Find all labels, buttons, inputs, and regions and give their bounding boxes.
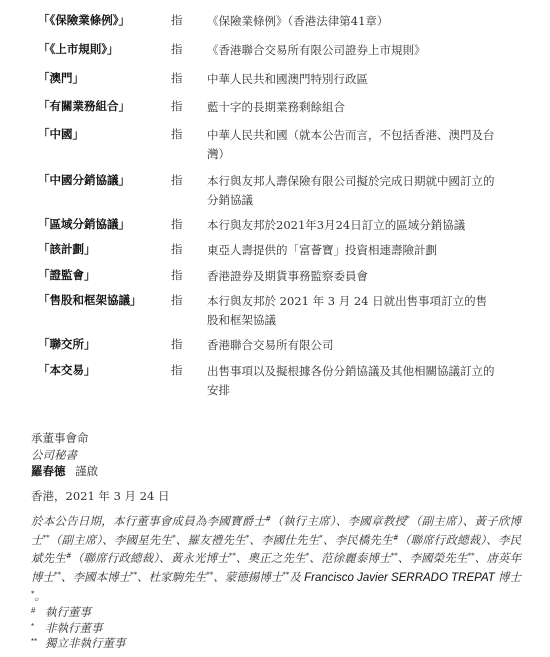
legend-symbol: *	[31, 619, 34, 635]
signature-closing: 謹啟	[75, 464, 98, 478]
director-mark: **	[130, 571, 137, 579]
definition-text: 香港聯合交易所有限公司	[207, 336, 497, 355]
director-mark: **	[43, 534, 50, 542]
definition-text: 《保險業條例》（香港法律第41章）	[207, 12, 497, 31]
legend-text: 執行董事	[45, 605, 91, 621]
definition-text: 本行與友邦於 2021 年 3 月 24 日就出售事項訂立的售股和框架協議	[207, 292, 497, 330]
definition-text: 中華人民共和國澳門特別行政區	[207, 70, 497, 89]
board-member: 杜家駒先生**	[149, 570, 214, 584]
director-mark: *	[246, 534, 250, 542]
director-mark: #	[265, 515, 271, 523]
definition-means: 指	[171, 98, 183, 114]
signature-title: 公司秘書	[31, 447, 98, 464]
board-member: 李國章教授*（副主席）	[348, 514, 463, 528]
definition-text: 香港證券及期貨事務監察委員會	[207, 267, 497, 286]
definition-term: 「《保險業條例》」	[38, 12, 130, 28]
director-mark: #	[393, 534, 399, 542]
board-member: 李國本博士**	[73, 570, 138, 584]
definition-means: 指	[171, 126, 183, 142]
board-member: 李民橋先生#（聯席行政總裁）	[335, 533, 487, 547]
definition-term: 「區域分銷協議」	[38, 216, 130, 232]
board-member: 羅友禮先生*	[188, 533, 250, 547]
definition-term: 「中國」	[38, 126, 84, 142]
director-mark: **	[282, 571, 289, 579]
definition-means: 指	[171, 70, 183, 86]
board-member: 李國仕先生*	[261, 533, 323, 547]
definition-text: 出售事項以及擬根據各份分銷協議及其他相關協議訂立的安排	[207, 362, 497, 400]
legend-text: 獨立非執行董事	[45, 636, 126, 652]
definition-means: 指	[171, 216, 183, 232]
definition-means: 指	[171, 336, 183, 352]
legend-symbol: **	[31, 634, 37, 650]
definition-means: 指	[171, 362, 183, 378]
definition-text: 藍十字的長期業務剩餘組合	[207, 98, 497, 117]
definition-term: 「澳門」	[38, 70, 84, 86]
definition-text: 本行與友邦於2021年3月24日訂立的區域分銷協議	[207, 216, 497, 235]
legend-text: 非執行董事	[45, 621, 103, 637]
definition-means: 指	[171, 172, 183, 188]
board-intro: 於本公告日期，本行董事會成員為	[31, 514, 207, 528]
definition-text: 中華人民共和國（就本公告而言，不包括香港、澳門及台灣）	[207, 126, 497, 164]
date-line: 香港，2021 年 3 月 24 日	[31, 488, 170, 504]
definition-term: 「本交易」	[38, 362, 96, 378]
definition-means: 指	[171, 41, 183, 57]
definition-means: 指	[171, 267, 183, 283]
board-member: 黃永光博士**	[171, 551, 236, 565]
board-member: 李國寶爵士#（執行主席）	[207, 514, 336, 528]
director-mark: *	[406, 515, 410, 523]
director-mark: **	[229, 552, 236, 560]
definition-means: 指	[171, 292, 183, 308]
board-member: 李國星先生*	[114, 533, 176, 547]
definition-term: 「證監會」	[38, 267, 96, 283]
definition-term: 「中國分銷協議」	[38, 172, 130, 188]
board-members-paragraph: 於本公告日期，本行董事會成員為李國寶爵士#（執行主席）、李國章教授*（副主席）、…	[31, 512, 521, 606]
definition-term: 「《上市規則》」	[38, 41, 119, 57]
definition-term: 「有關業務組合」	[38, 98, 130, 114]
definition-text: 東亞人壽提供的「富薈寶」投資相連壽險計劃	[207, 241, 497, 260]
director-mark: *	[306, 552, 310, 560]
definition-term: 「聯交所」	[38, 336, 96, 352]
board-member: 奧正之先生*	[248, 551, 310, 565]
board-member: 蒙德揚博士**	[225, 570, 290, 584]
director-mark: *	[172, 534, 176, 542]
director-mark: #	[66, 552, 72, 560]
definition-text: 《香港聯合交易所有限公司證券上市規則》	[207, 41, 497, 60]
definition-means: 指	[171, 12, 183, 28]
director-mark: *	[319, 534, 323, 542]
definition-text: 本行與友邦人壽保險有限公司擬於完成日期就中國訂立的分銷協議	[207, 172, 497, 210]
director-mark: **	[391, 552, 398, 560]
signatory-name: 羅春德	[31, 464, 66, 478]
definition-means: 指	[171, 241, 183, 257]
director-mark: *	[31, 590, 35, 598]
legend-symbol: #	[31, 603, 35, 619]
director-mark: **	[468, 552, 475, 560]
definition-term: 「售股和框架協議」	[38, 292, 142, 308]
board-member: 李國榮先生**	[409, 551, 474, 565]
board-member: 范徐麗泰博士**	[321, 551, 398, 565]
definition-term: 「該計劃」	[38, 241, 96, 257]
signature-block: 承董事會命 公司秘書 羅春德 謹啟	[31, 430, 98, 480]
director-mark: **	[206, 571, 213, 579]
signature-line: 承董事會命	[31, 430, 98, 447]
director-mark: **	[54, 571, 61, 579]
signature-name-line: 羅春德 謹啟	[31, 463, 98, 480]
